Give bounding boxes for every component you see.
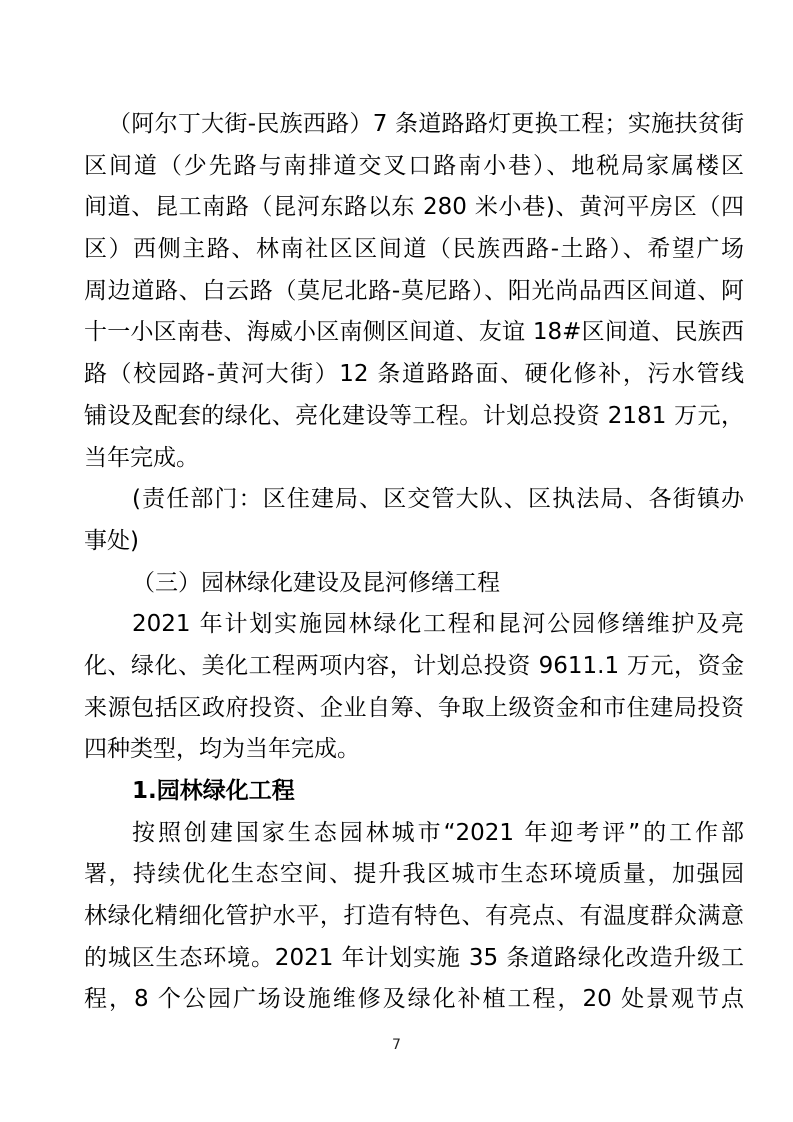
text-line: 程，8 个公园广场设施维修及绿化补植工程，20 处景观节点	[84, 979, 744, 1021]
subsection-heading: 1.园林绿化工程	[84, 771, 744, 813]
text-line: 间道、昆工南路（昆河东路以东 280 米小巷)、黄河平房区（四	[84, 187, 744, 229]
section-heading: （三）园林绿化建设及昆河修缮工程	[84, 563, 744, 605]
text-line: 林绿化精细化管护水平，打造有特色、有亮点、有温度群众满意	[84, 896, 744, 938]
text-line: 署，持续优化生态空间、提升我区城市生态环境质量，加强园	[84, 854, 744, 896]
text-line: （阿尔丁大街-民族西路）7 条道路路灯更换工程；实施扶贫街	[84, 104, 744, 146]
page-number: 7	[392, 1037, 401, 1053]
document-body: （阿尔丁大街-民族西路）7 条道路路灯更换工程；实施扶贫街 区间道（少先路与南排…	[84, 104, 744, 1021]
text-line: 化、绿化、美化工程两项内容，计划总投资 9611.1 万元，资金	[84, 646, 744, 688]
text-line: 十一小区南巷、海威小区南侧区间道、友谊 18#区间道、民族西	[84, 312, 744, 354]
text-line: 路（校园路-黄河大街）12 条道路路面、硬化修补，污水管线	[84, 354, 744, 396]
text-line: 铺设及配套的绿化、亮化建设等工程。计划总投资 2181 万元，	[84, 396, 744, 438]
text-line: 的城区生态环境。2021 年计划实施 35 条道路绿化改造升级工	[84, 938, 744, 980]
document-page: （阿尔丁大街-民族西路）7 条道路路灯更换工程；实施扶贫街 区间道（少先路与南排…	[0, 0, 793, 1122]
responsibility-line: 事处)	[84, 521, 744, 563]
text-line: 周边道路、白云路（莫尼北路-莫尼路）、阳光尚品西区间道、阿	[84, 271, 744, 313]
text-line: 区）西侧主路、林南社区区间道（民族西路-土路）、希望广场	[84, 229, 744, 271]
text-line: 按照创建国家生态园林城市“2021 年迎考评”的工作部	[84, 813, 744, 855]
page-footer: 7	[0, 1034, 793, 1053]
text-line: 四种类型，均为当年完成。	[84, 729, 744, 771]
text-line: 来源包括区政府投资、企业自筹、争取上级资金和市住建局投资	[84, 688, 744, 730]
responsibility-line: (责任部门：区住建局、区交管大队、区执法局、各街镇办	[84, 479, 744, 521]
text-line: 当年完成。	[84, 438, 744, 480]
text-line: 区间道（少先路与南排道交叉口路南小巷）、地税局家属楼区	[84, 146, 744, 188]
text-line: 2021 年计划实施园林绿化工程和昆河公园修缮维护及亮	[84, 604, 744, 646]
